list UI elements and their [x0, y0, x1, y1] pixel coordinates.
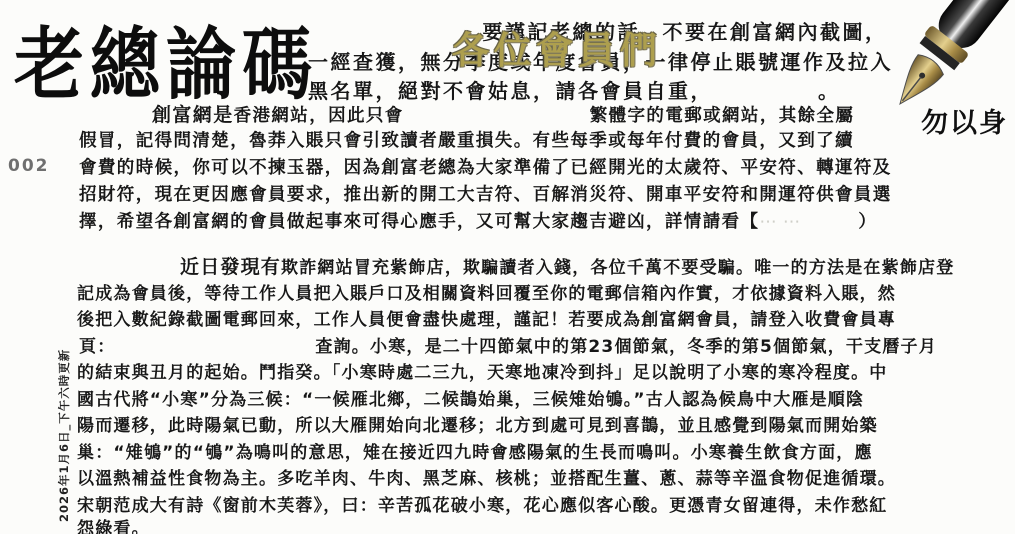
- notice-line-4: 招財符，現在更因應會員要求，推出新的開工大吉符、百解消災符、開車平安符和開運符供…: [79, 181, 892, 206]
- article-line-1-text: 欺詐網站冒充紫飾店，欺騙讀者入錢，各位千萬不要受騙。唯一的方法是在紫飾店登: [281, 258, 954, 278]
- article-line-11: 怨綠看。: [77, 514, 150, 534]
- notice-line-1a: 香港網站，因此只會: [234, 106, 404, 126]
- article-line-10: 宋朝范成大有詩《窗前木芙蓉》，曰：辛苦孤花破小寒，花心應似客心酸。更憑青女留連得…: [77, 491, 888, 516]
- erased-gap: [404, 116, 590, 117]
- article-line-1: 近日發現有欺詐網站冒充紫飾店，欺騙讀者入錢，各位千萬不要受騙。唯一的方法是在紫飾…: [180, 252, 954, 279]
- erased-gap: [806, 222, 858, 223]
- erased-gap: [713, 92, 818, 93]
- warning-line-2: 一經查獲，無分季度或年度會員，一律停止賬號運作及拉入: [308, 46, 893, 75]
- notice-line-3: 會費的時候，你可以不揀玉器，因為創富老總為大家準備了已經開光的太歲符、平安符、轉…: [79, 154, 892, 179]
- notice-line-5: 擇，希望各創富網的會員做起事來可得心應手，又可幫大家趨吉避凶，詳情請看【⋯⋯）: [79, 208, 877, 233]
- article-line-6: 國古代將“小寒”分為三候：“一候雁北鄉，二候鵲始巢，三候雉始鴝。”古人認為候鳥中…: [77, 385, 864, 410]
- article-line-4-rest: 查詢。小寒，是二十四節氣中的第23個節氣，冬季的第5個節氣，干支曆子月: [315, 337, 936, 357]
- article-line-4-label: 頁：: [79, 337, 115, 357]
- page-title: 老總論碼: [14, 2, 318, 115]
- notice-line-5-close: ）: [858, 212, 877, 232]
- notice-line-5-text: 擇，希望各創富網的會員做起事來可得心應手，又可幫大家趨吉避凶，詳情請看【: [79, 212, 759, 232]
- article-line-9: 以溫熱補益性食物為主。多吃羊肉、牛肉、黑芝麻、核桃；並搭配生薑、蔥、蒜等辛溫食物…: [77, 464, 896, 489]
- notice-line-1b: 繁體字的電郵或網站，其餘全屬: [590, 106, 855, 126]
- article-line-4: 頁：查詢。小寒，是二十四節氣中的第23個節氣，冬季的第5個節氣，干支曆子月: [79, 332, 937, 357]
- notice-line-1: 創富網是香港網站，因此只會繁體字的電郵或網站，其餘全屬: [152, 100, 854, 127]
- article-line-2: 記成為會員後，等待工作人員把入賬戶口及相關資料回覆至你的電郵信箱內作實，才依據資…: [77, 279, 896, 304]
- update-date-note: 2026年1月6日_下午六時更新: [56, 349, 72, 522]
- notice-line-2: 假冒，記得問清楚，魯莽入賬只會引致讀者嚴重損失。有些每季或每年付費的會員，又到了…: [79, 127, 854, 152]
- article-line-7: 陽而遷移，此時陽氣已動，所以大雁開始向北遷移；北方到處可見到喜鵲，並且感覺到陽氣…: [77, 411, 878, 436]
- erased-remnant: ⋯⋯: [759, 212, 806, 232]
- fountain-pen-nib-icon: [856, 0, 1015, 130]
- erased-gap: [115, 347, 315, 348]
- article-line-8: 巢：“雉鴝”的“鴝”為鳴叫的意思，雉在接近四九時會感陽氣的生長而鳴叫。小寒養生飲…: [77, 438, 873, 463]
- article-line-5: 的結束與丑月的起始。鬥指癸。「小寒時處二三九，天寒地凍冷到抖」足以說明了小寒的寒…: [77, 358, 888, 383]
- scanned-magazine-page: 老總論碼 002 2026年1月6日_下午六時更新 勿以身 各位會員們: [0, 0, 1015, 534]
- article-lead: 近日發現有: [180, 256, 281, 278]
- article-line-3: 後把入數紀錄截圖電郵回來，工作人員便會盡快處理，謹記！若要成為創富網會員，請登入…: [77, 305, 896, 330]
- page-number: 002: [8, 156, 50, 176]
- notice-lead: 創富網是: [152, 104, 234, 126]
- warning-line-1: ，要謹記老總的話，不要在創富網內截圖，: [460, 16, 888, 45]
